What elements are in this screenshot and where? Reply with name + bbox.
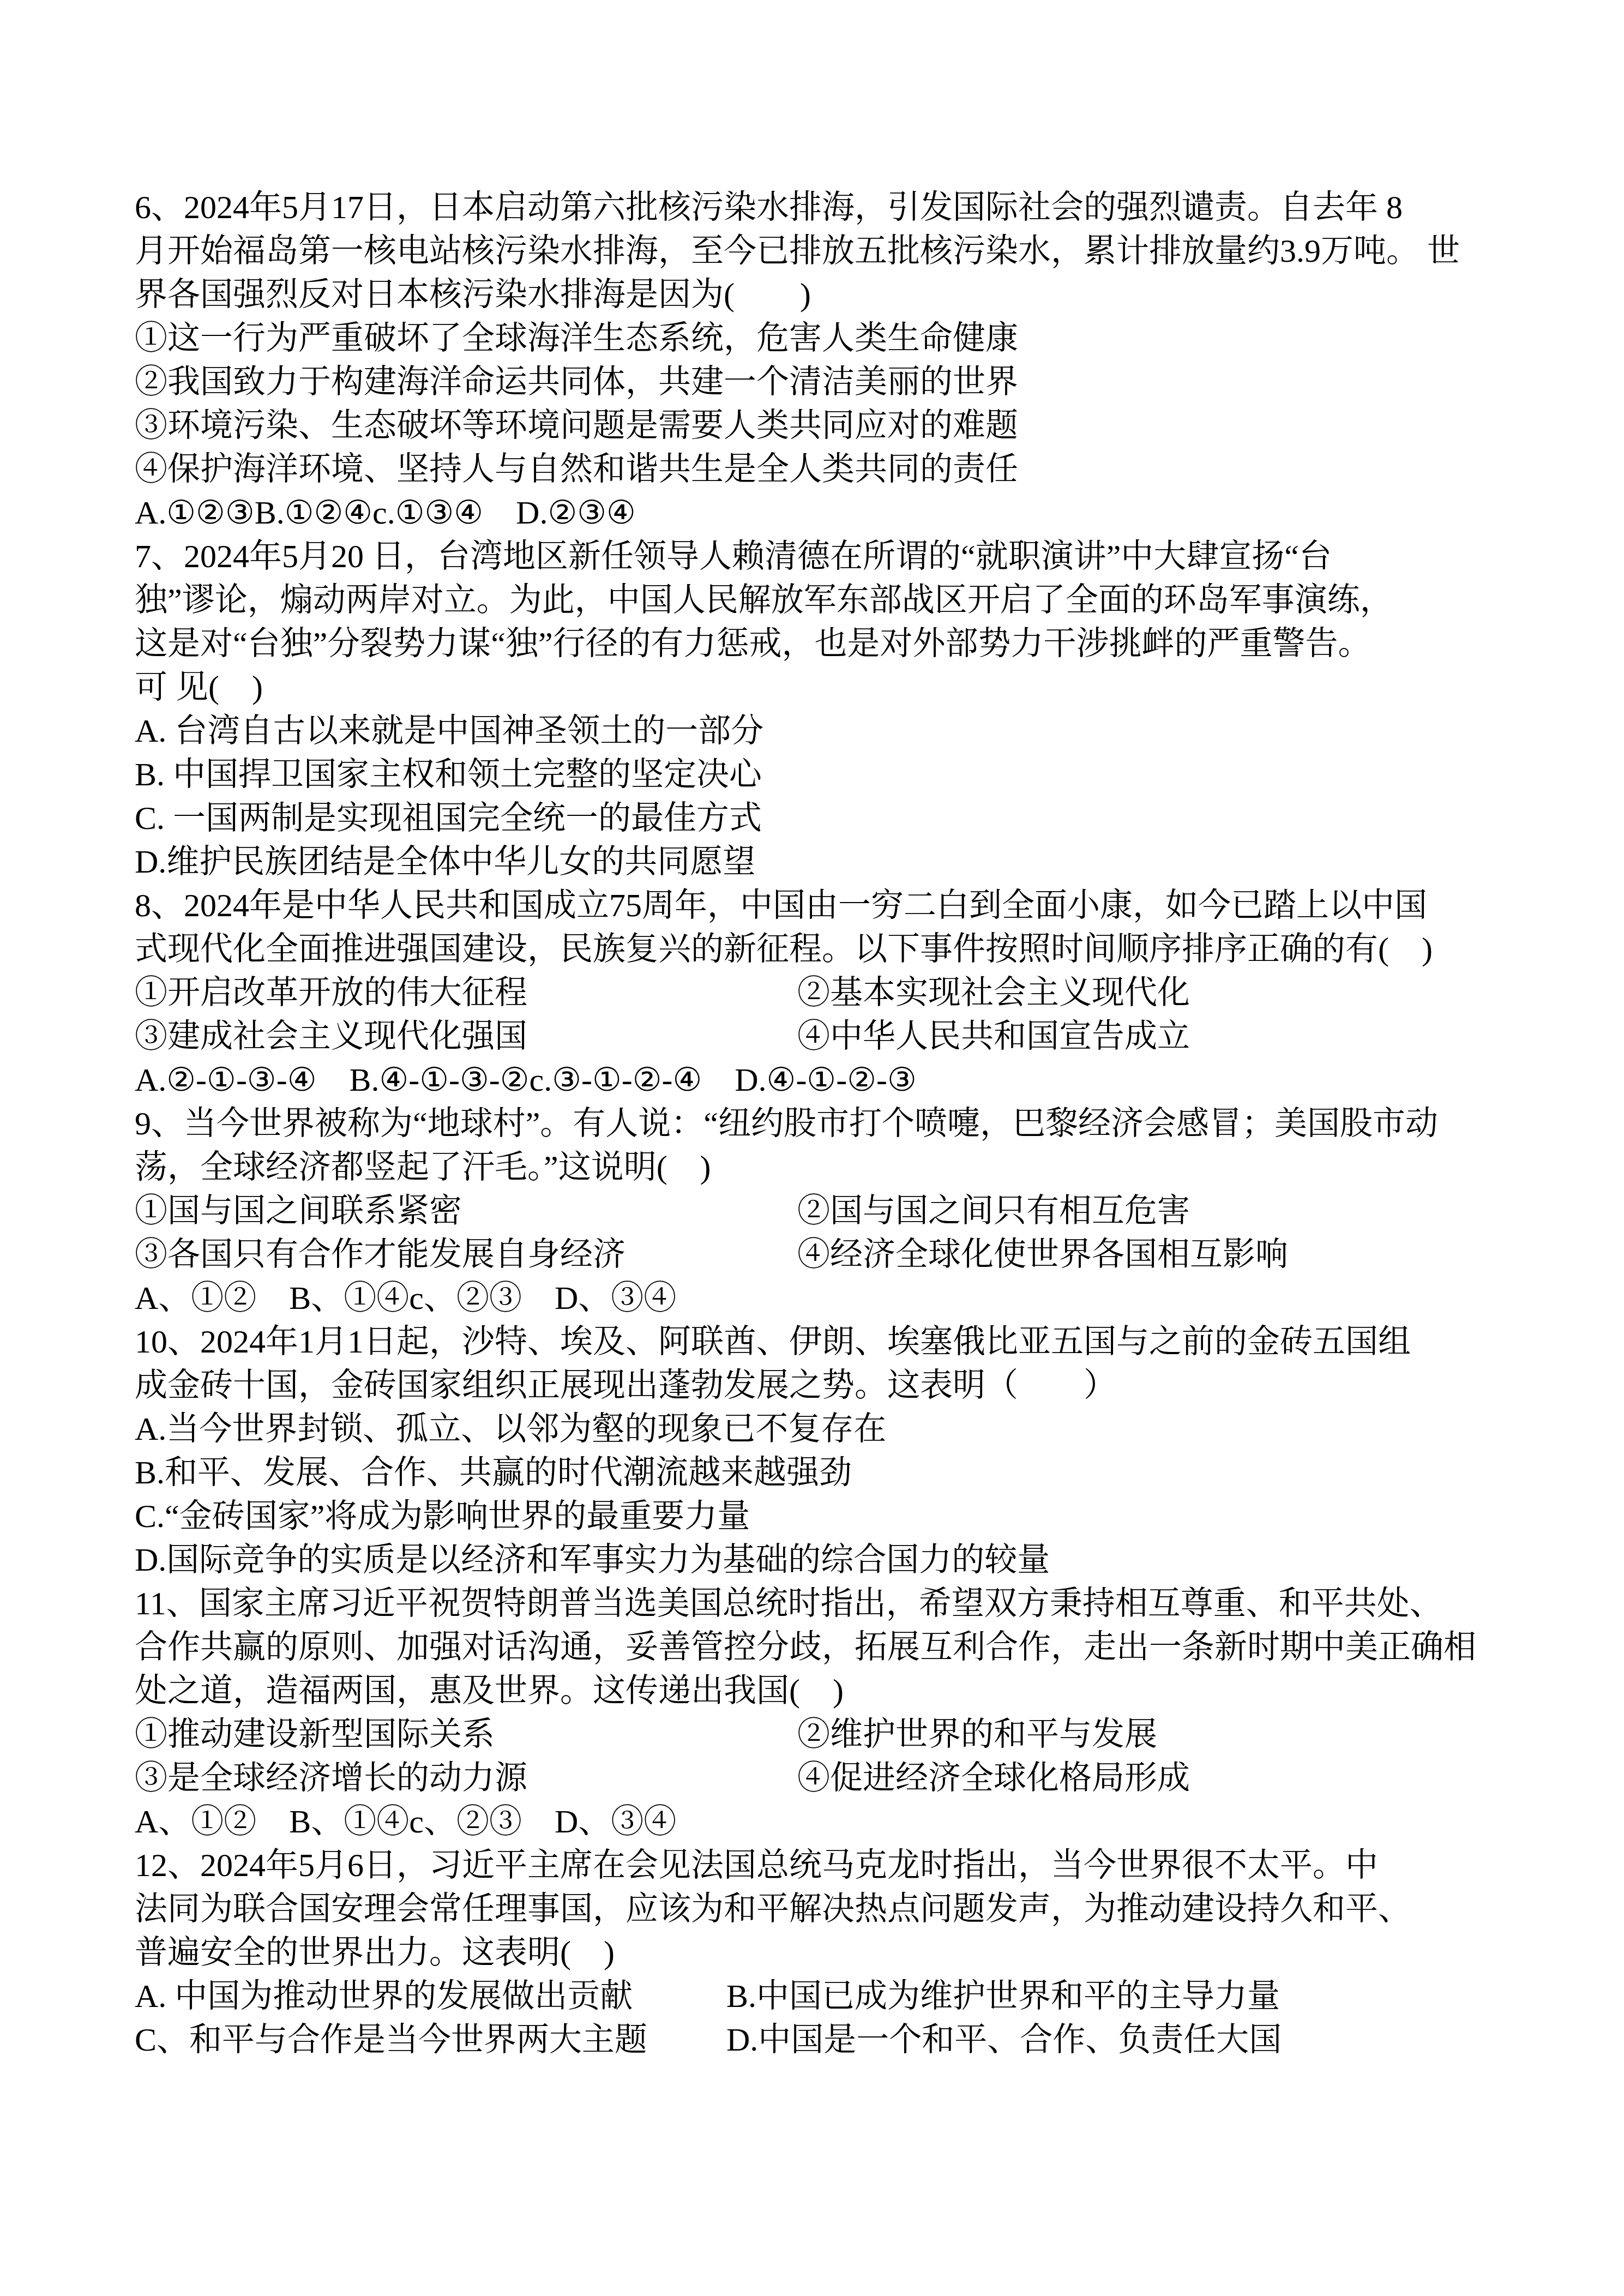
- question-line: ②我国致力于构建海洋命运共同体，共建一个清洁美丽的世界: [135, 360, 1499, 404]
- question-line: 界各国强烈反对日本核污染水排海是因为( ): [135, 273, 1499, 316]
- question-7: 7、2024年5月20 日，台湾地区新任领导人赖清德在所谓的“就职演讲”中大肆宣…: [135, 534, 1499, 883]
- question-10: 10、2024年1月1日起，沙特、埃及、阿联酋、伊朗、埃塞俄比亚五国与之前的金砖…: [135, 1320, 1499, 1582]
- option-right: ④中华人民共和国宣告成立: [797, 1014, 1190, 1058]
- option-pair-row: ①推动建设新型国际关系②维护世界的和平与发展: [135, 1712, 1499, 1756]
- question-line: 普遍安全的世界出力。这表明( ): [135, 1931, 1499, 1974]
- option-left: A. 中国为推动世界的发展做出贡献: [135, 1974, 726, 2018]
- option-pair-row: ③是全球经济增长的动力源④促进经济全球化格局形成: [135, 1756, 1499, 1800]
- question-line: 9、当今世界被称为“地球村”。有人说：“纽约股市打个喷嚏，巴黎经济会感冒；美国股…: [135, 1102, 1499, 1145]
- option-right: ④经济全球化使世界各国相互影响: [797, 1233, 1288, 1276]
- option-left: ①国与国之间联系紧密: [135, 1189, 797, 1233]
- option-pair-row: ①开启改革开放的伟大征程②基本实现社会主义现代化: [135, 971, 1499, 1014]
- question-line: 12、2024年5月6日，习近平主席在会见法国总统马克龙时指出，当今世界很不太平…: [135, 1843, 1499, 1887]
- question-line: 独”谬论，煽动两岸对立。为此，中国人民解放军东部战区开启了全面的环岛军事演练，: [135, 578, 1499, 622]
- question-line: B. 中国捍卫国家主权和领土完整的坚定决心: [135, 753, 1499, 796]
- option-pair-row: ③各国只有合作才能发展自身经济④经济全球化使世界各国相互影响: [135, 1233, 1499, 1276]
- question-line: 法同为联合国安理会常任理事国，应该为和平解决热点问题发声，为推动建设持久和平、: [135, 1887, 1499, 1931]
- question-line: 6、2024年5月17日，日本启动第六批核污染水排海，引发国际社会的强烈谴责。自…: [135, 185, 1499, 229]
- question-line: C. 一国两制是实现祖国完全统一的最佳方式: [135, 796, 1499, 840]
- option-left: C、和平与合作是当今世界两大主题: [135, 2018, 726, 2061]
- question-line: 11、国家主席习近平祝贺特朗普当选美国总统时指出，希望双方秉持相互尊重、和平共处…: [135, 1582, 1499, 1625]
- question-line: 8、2024年是中华人民共和国成立75周年，中国由一穷二白到全面小康，如今已踏上…: [135, 883, 1499, 927]
- question-12: 12、2024年5月6日，习近平主席在会见法国总统马克龙时指出，当今世界很不太平…: [135, 1843, 1499, 2061]
- option-left: ①开启改革开放的伟大征程: [135, 971, 797, 1014]
- question-line: 式现代化全面推进强国建设，民族复兴的新征程。以下事件按照时间顺序排序正确的有( …: [135, 927, 1499, 971]
- question-line: ①这一行为严重破坏了全球海洋生态系统，危害人类生命健康: [135, 316, 1499, 360]
- option-pair-row: ③建成社会主义现代化强国④中华人民共和国宣告成立: [135, 1014, 1499, 1058]
- option-left: ③建成社会主义现代化强国: [135, 1014, 797, 1058]
- option-pair-row: ①国与国之间联系紧密②国与国之间只有相互危害: [135, 1189, 1499, 1233]
- question-9: 9、当今世界被称为“地球村”。有人说：“纽约股市打个喷嚏，巴黎经济会感冒；美国股…: [135, 1102, 1499, 1320]
- option-right: D.中国是一个和平、合作、负责任大国: [726, 2018, 1282, 2061]
- question-line: D.维护民族团结是全体中华儿女的共同愿望: [135, 840, 1499, 883]
- question-line: A.当今世界封锁、孤立、以邻为壑的现象已不复存在: [135, 1407, 1499, 1451]
- question-line: A. 台湾自古以来就是中国神圣领土的一部分: [135, 709, 1499, 753]
- question-line: ③环境污染、生态破坏等环境问题是需要人类共同应对的难题: [135, 404, 1499, 447]
- option-pair-row: A. 中国为推动世界的发展做出贡献B.中国已成为维护世界和平的主导力量: [135, 1974, 1499, 2018]
- option-right: ②国与国之间只有相互危害: [797, 1189, 1190, 1233]
- question-line: 合作共赢的原则、加强对话沟通，妥善管控分歧，拓展互利合作，走出一条新时期中美正确…: [135, 1625, 1499, 1669]
- question-line: A.②-①-③-④ B.④-①-③-②c.③-①-②-④ D.④-①-②-③: [135, 1058, 1499, 1102]
- question-line: D.国际竞争的实质是以经济和军事实力为基础的综合国力的较量: [135, 1538, 1499, 1582]
- question-line: 成金砖十国，金砖国家组织正展现出蓬勃发展之势。这表明（ ）: [135, 1363, 1499, 1407]
- question-line: 10、2024年1月1日起，沙特、埃及、阿联酋、伊朗、埃塞俄比亚五国与之前的金砖…: [135, 1320, 1499, 1363]
- question-line: A、①② B、①④c、②③ D、③④: [135, 1800, 1499, 1843]
- question-8: 8、2024年是中华人民共和国成立75周年，中国由一穷二白到全面小康，如今已踏上…: [135, 883, 1499, 1102]
- question-line: 7、2024年5月20 日，台湾地区新任领导人赖清德在所谓的“就职演讲”中大肆宣…: [135, 534, 1499, 578]
- question-line: ④保护海洋环境、坚持人与自然和谐共生是全人类共同的责任: [135, 447, 1499, 491]
- option-left: ③是全球经济增长的动力源: [135, 1756, 797, 1800]
- question-11: 11、国家主席习近平祝贺特朗普当选美国总统时指出，希望双方秉持相互尊重、和平共处…: [135, 1582, 1499, 1843]
- option-right: ④促进经济全球化格局形成: [797, 1756, 1190, 1800]
- option-right: B.中国已成为维护世界和平的主导力量: [726, 1974, 1280, 2018]
- option-right: ②维护世界的和平与发展: [797, 1712, 1157, 1756]
- question-line: 月开始福岛第一核电站核污染水排海，至今已排放五批核污染水，累计排放量约3.9万吨…: [135, 229, 1499, 273]
- question-line: A.①②③B.①②④c.①③④ D.②③④: [135, 491, 1499, 534]
- exam-paper-page: 6、2024年5月17日，日本启动第六批核污染水排海，引发国际社会的强烈谴责。自…: [0, 0, 1624, 2296]
- question-line: 荡，全球经济都竖起了汗毛。”这说明( ): [135, 1145, 1499, 1189]
- question-line: 这是对“台独”分裂势力谋“独”行径的有力惩戒，也是对外部势力干涉挑衅的严重警告。: [135, 622, 1499, 665]
- question-line: 处之道，造福两国，惠及世界。这传递出我国( ): [135, 1669, 1499, 1712]
- option-right: ②基本实现社会主义现代化: [797, 971, 1190, 1014]
- question-line: C.“金砖国家”将成为影响世界的最重要力量: [135, 1494, 1499, 1538]
- question-line: B.和平、发展、合作、共赢的时代潮流越来越强劲: [135, 1451, 1499, 1494]
- option-left: ①推动建设新型国际关系: [135, 1712, 797, 1756]
- question-line: 可 见( ): [135, 665, 1499, 709]
- option-pair-row: C、和平与合作是当今世界两大主题D.中国是一个和平、合作、负责任大国: [135, 2018, 1499, 2061]
- option-left: ③各国只有合作才能发展自身经济: [135, 1233, 797, 1276]
- question-6: 6、2024年5月17日，日本启动第六批核污染水排海，引发国际社会的强烈谴责。自…: [135, 185, 1499, 534]
- question-line: A、①② B、①④c、②③ D、③④: [135, 1276, 1499, 1320]
